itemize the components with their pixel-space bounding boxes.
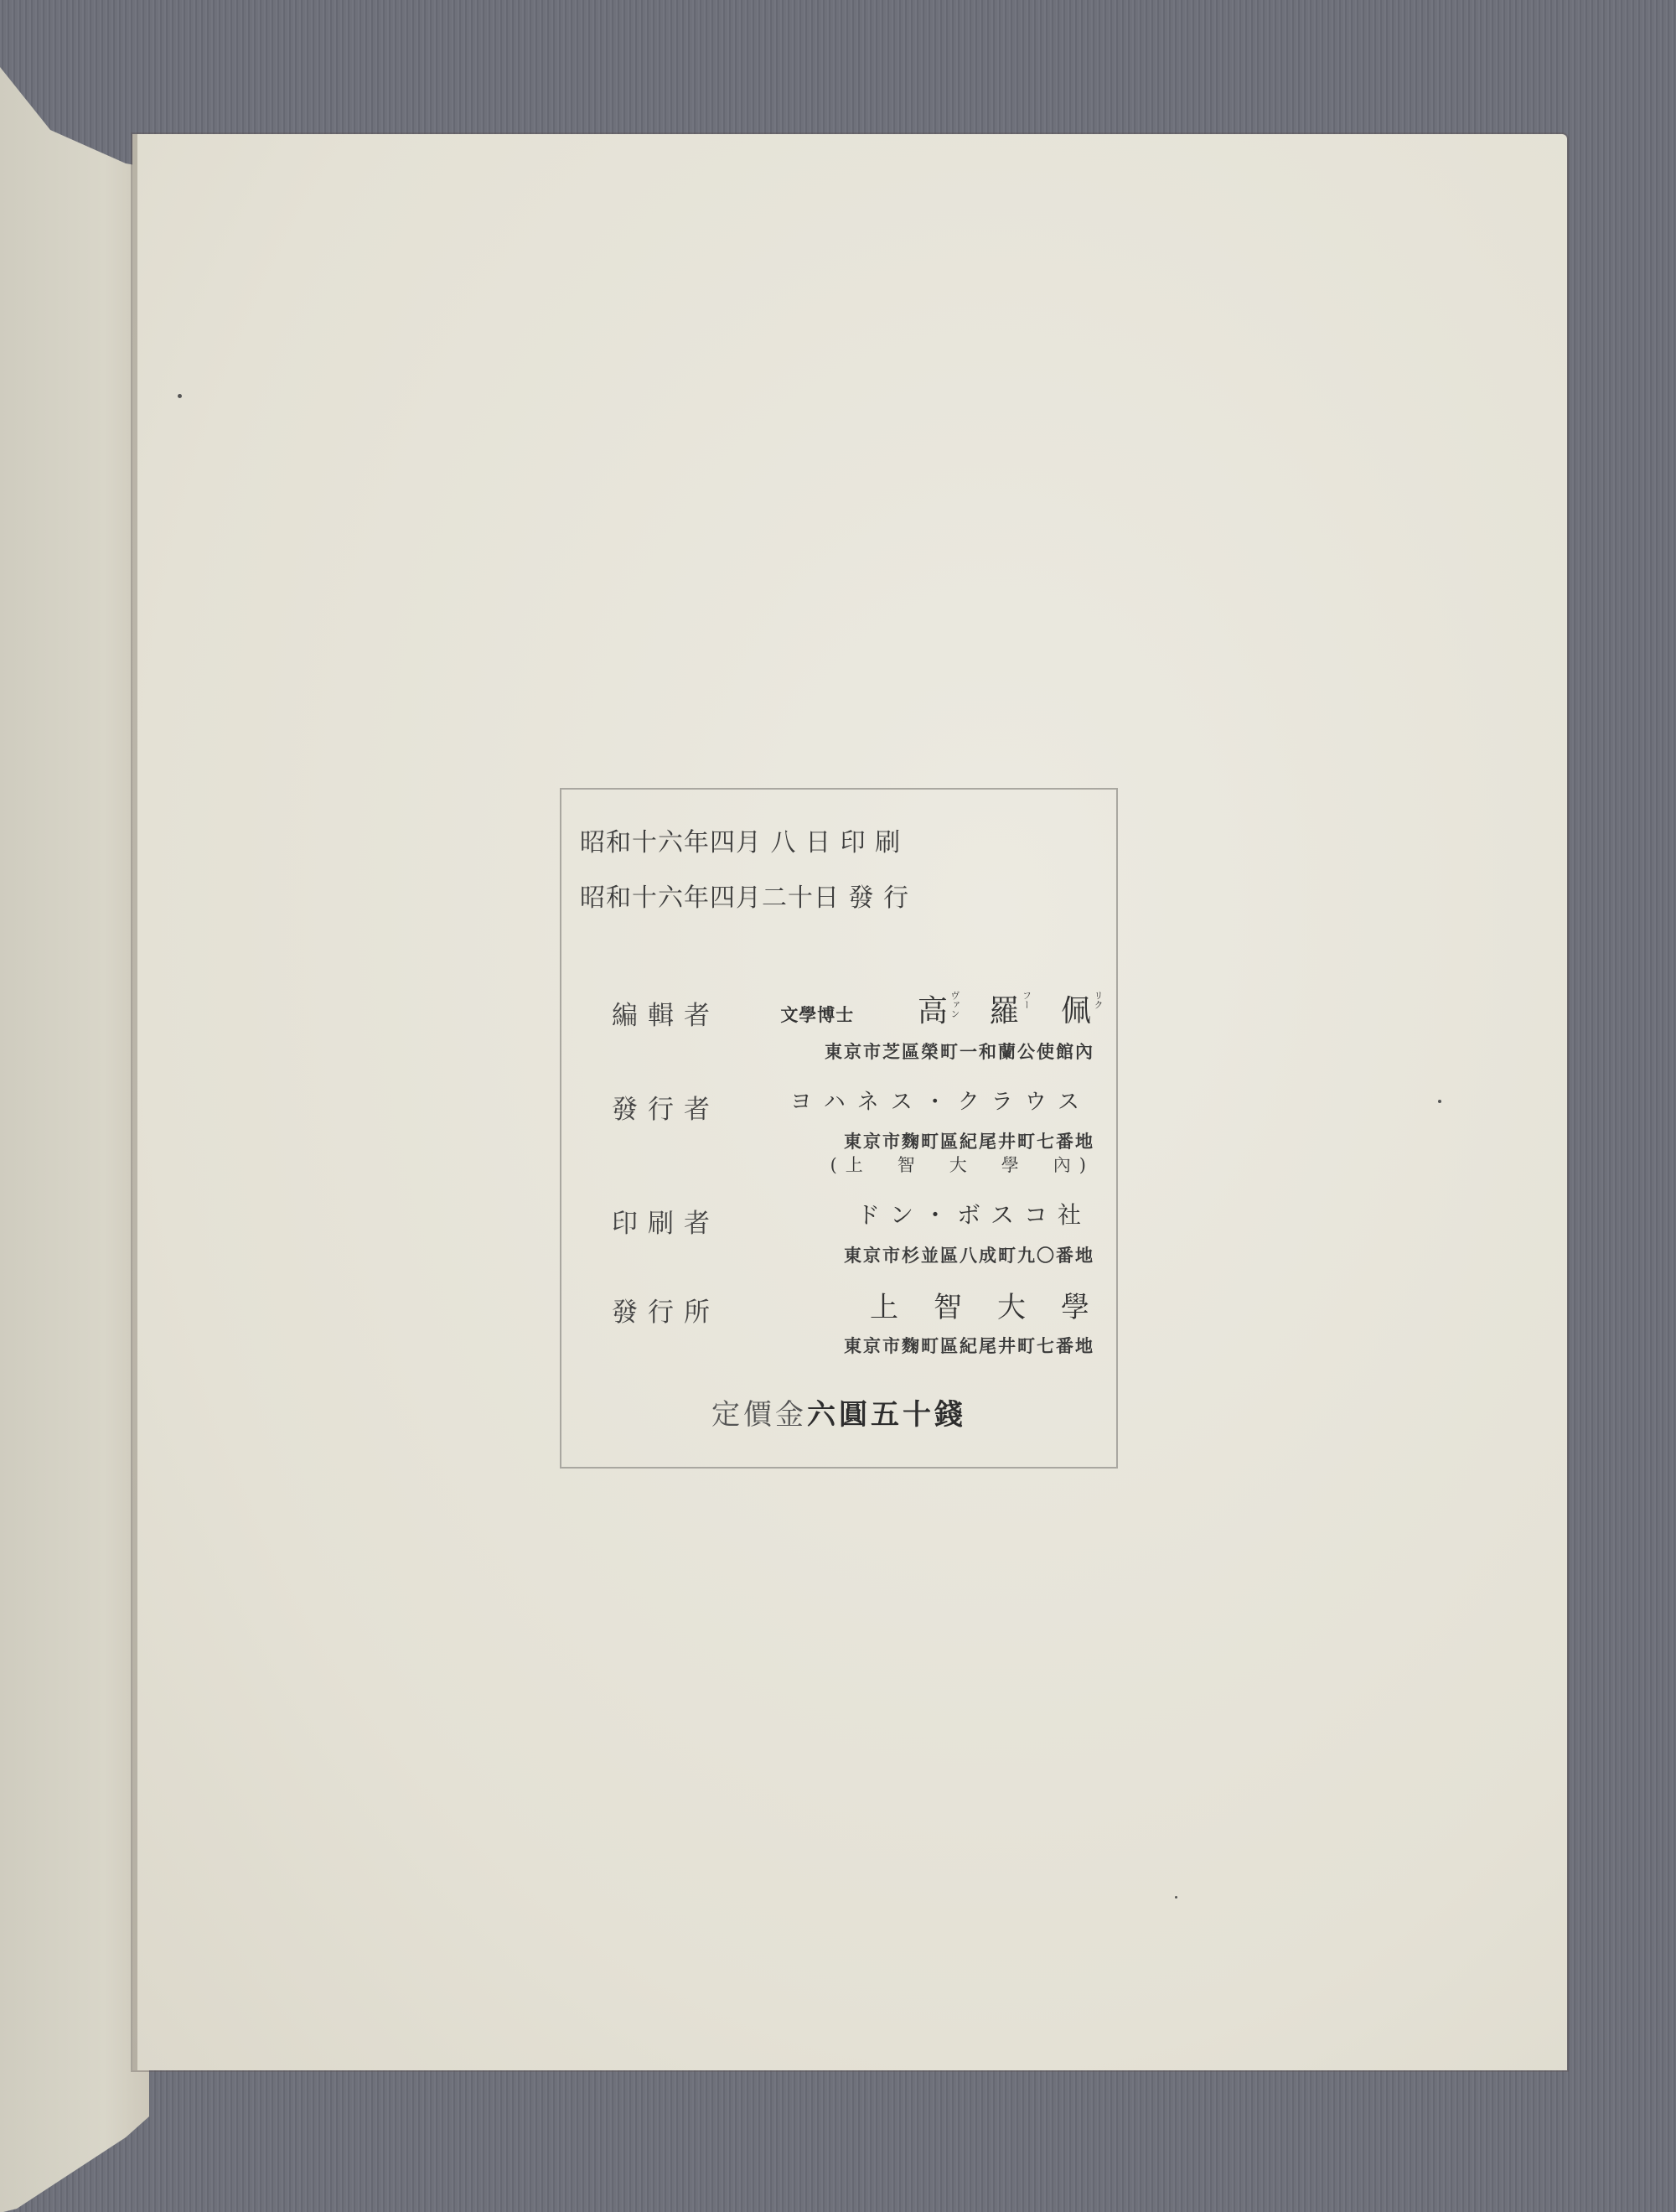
publisher-name: ヨハネス・クラウス xyxy=(790,1085,1091,1116)
editor-name-char: 羅フー xyxy=(989,994,1019,1028)
printer-address: 東京市杉並區八成町九〇番地 xyxy=(844,1242,1094,1267)
page-gutter xyxy=(132,134,137,2070)
editor-title: 文學博士 xyxy=(780,1004,854,1025)
price-label: 定價金 xyxy=(711,1398,807,1432)
editor-name-char: 佩リク xyxy=(1061,994,1091,1028)
paper-speck xyxy=(1438,1100,1441,1103)
editor-label: 編輯者 xyxy=(612,994,720,1032)
printed-date: 昭和十六年四月 八 日 印 刷 xyxy=(580,821,901,858)
price: 定價金六圓五十錢 xyxy=(561,1391,1116,1432)
publishing-house-address: 東京市麴町區紀尾井町七番地 xyxy=(844,1333,1094,1358)
publisher-label: 發行者 xyxy=(612,1088,720,1126)
paper-speck xyxy=(1175,1896,1177,1899)
editor-address: 東京市芝區榮町一和蘭公使館內 xyxy=(825,1039,1094,1064)
left-facing-page xyxy=(0,59,149,2212)
editor-name: 文學博士 高ヴァン 羅フー 佩リク xyxy=(780,987,1091,1030)
published-date: 昭和十六年四月二十日 發 行 xyxy=(580,877,909,914)
publisher-address-note: (上 智 大 學 內) xyxy=(830,1152,1094,1177)
colophon-box: 昭和十六年四月 八 日 印 刷 昭和十六年四月二十日 發 行 編輯者 文學博士 … xyxy=(560,788,1118,1469)
publishing-house-label: 發行所 xyxy=(612,1291,720,1329)
paper-speck xyxy=(178,394,182,398)
printer-name: ドン・ボスコ社 xyxy=(856,1197,1091,1230)
publisher-address: 東京市麴町區紀尾井町七番地 xyxy=(844,1128,1094,1153)
editor-name-char: 高ヴァン xyxy=(918,994,948,1028)
price-amount: 六圓五十錢 xyxy=(807,1398,966,1432)
printer-label: 印刷者 xyxy=(612,1202,720,1240)
publishing-house-name: 上智大學 xyxy=(870,1284,1125,1325)
